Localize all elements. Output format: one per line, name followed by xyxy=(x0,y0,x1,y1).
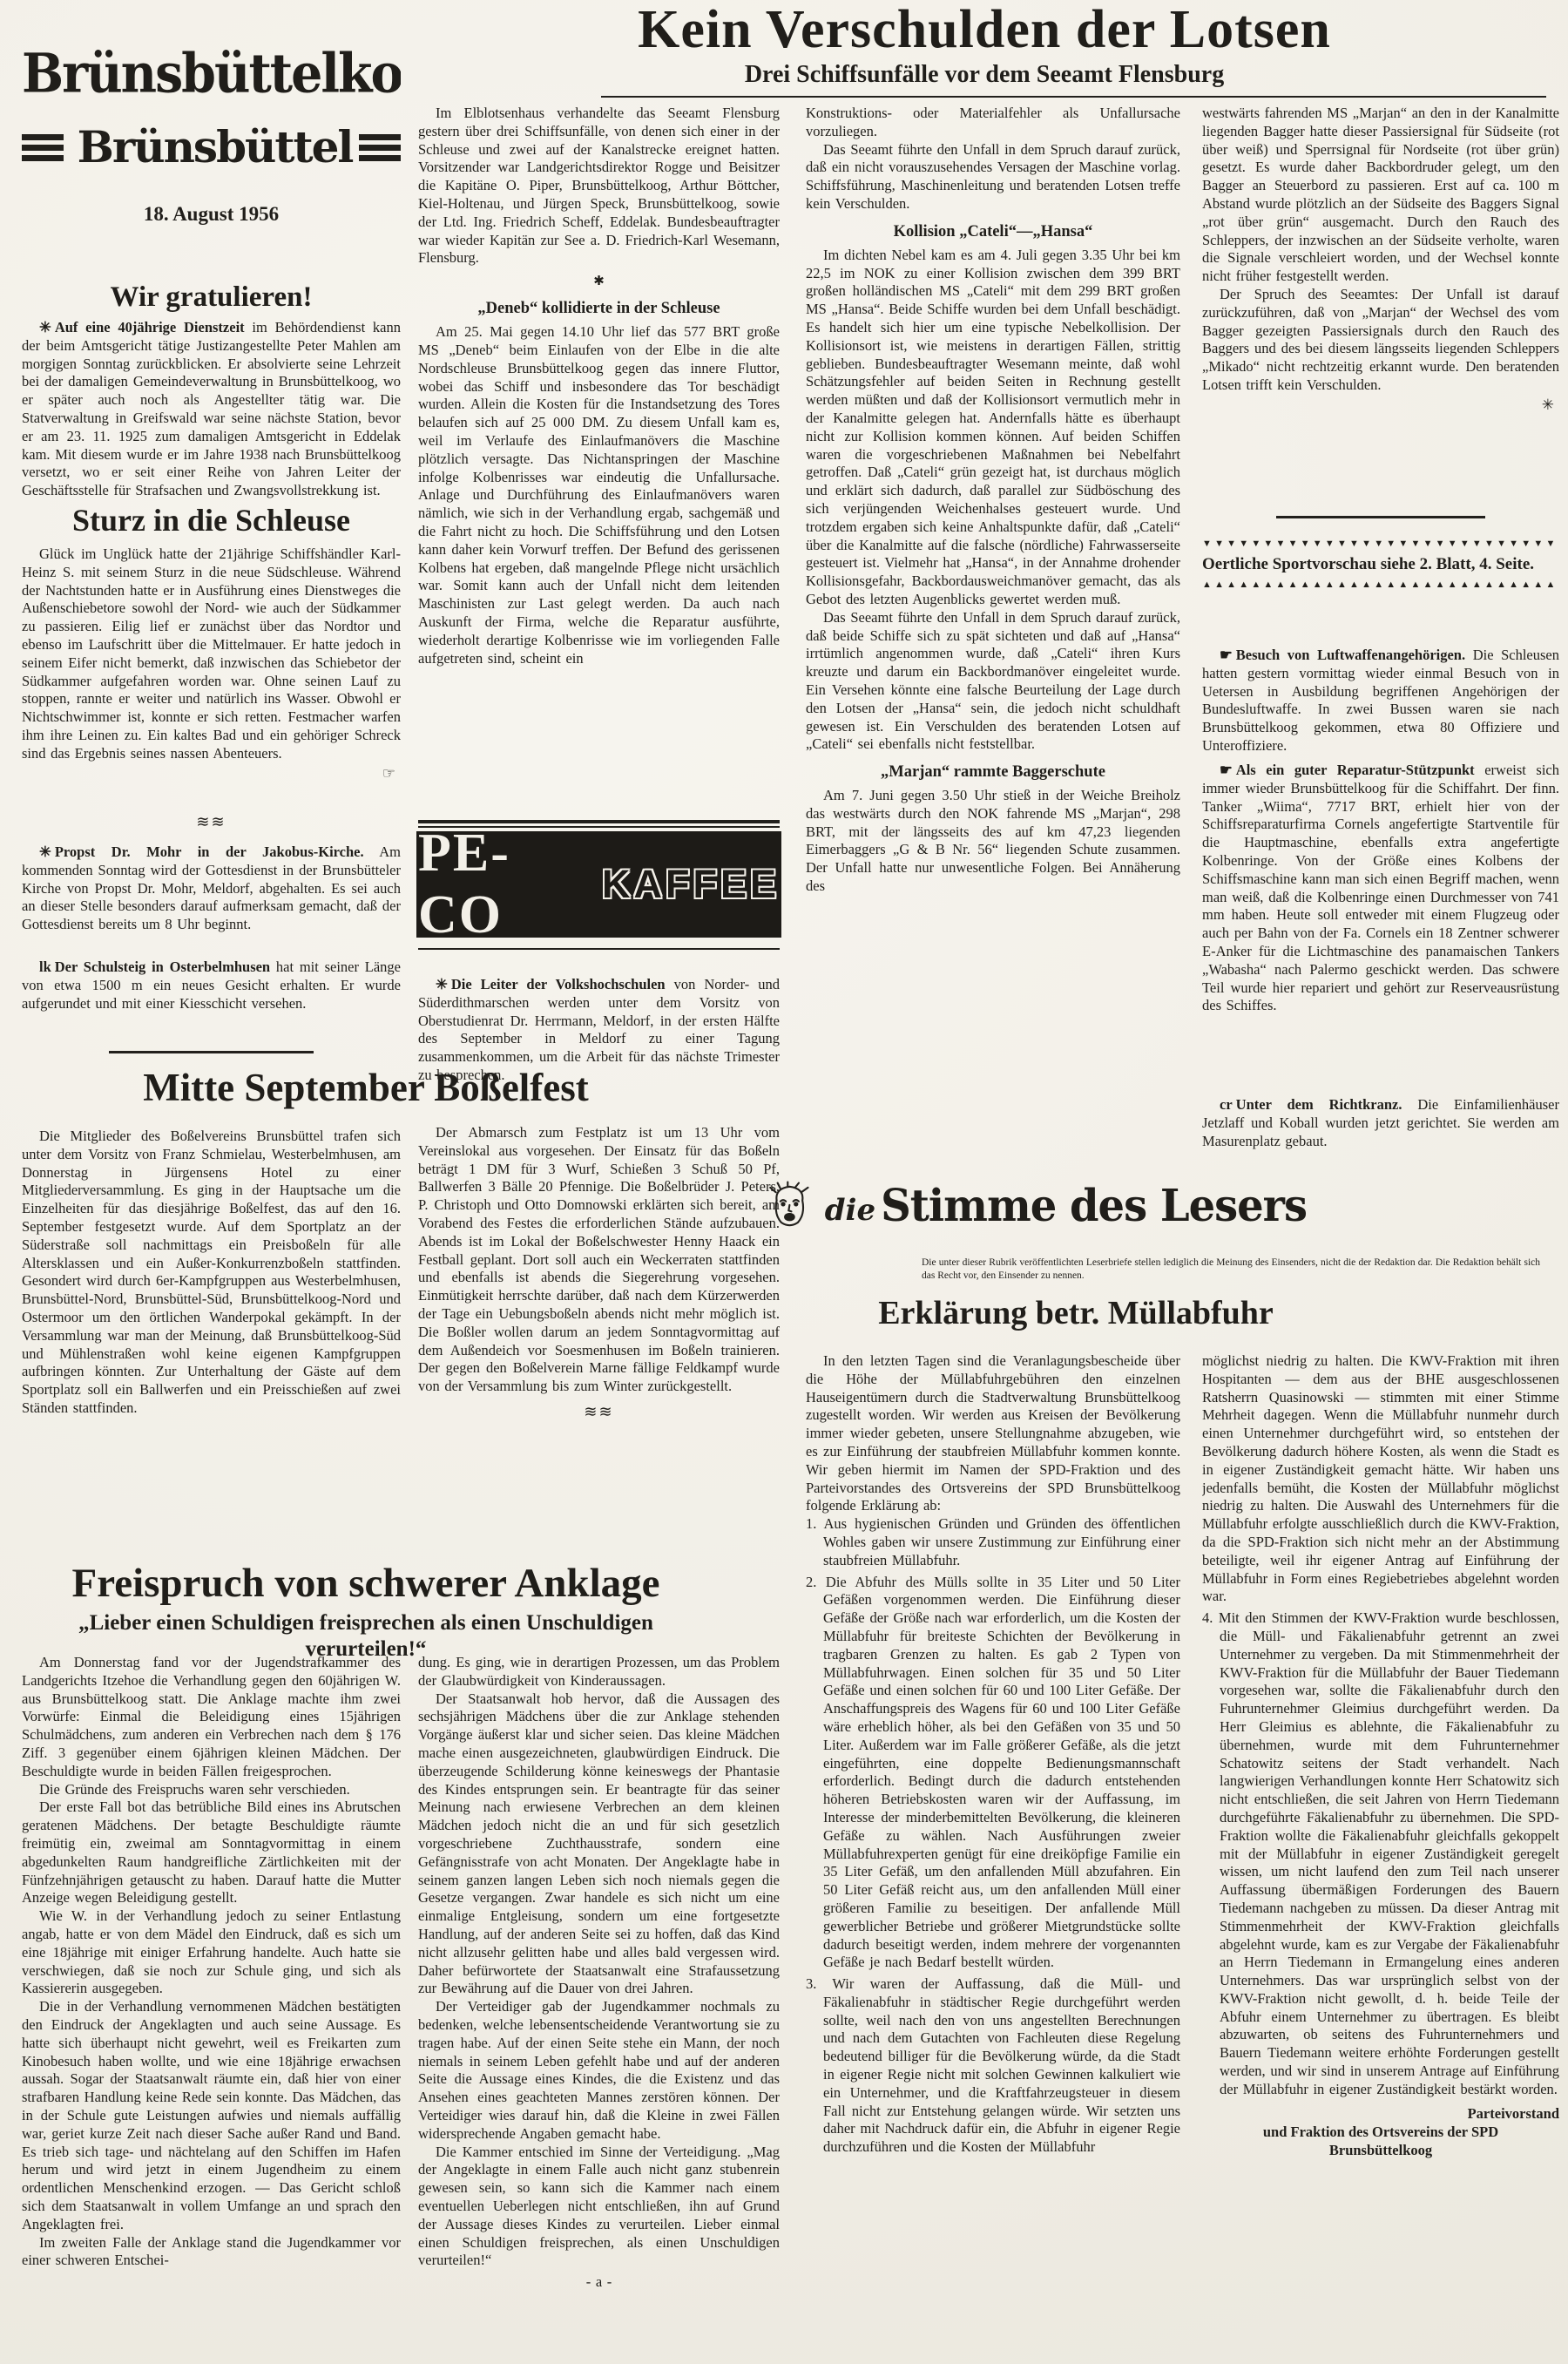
speed-stripes-right-icon xyxy=(359,134,401,161)
article-paragraph: westwärts fahrenden MS „Marjan“ an den i… xyxy=(1202,105,1559,286)
article-paragraph: Am 25. Mai gegen 14.10 Uhr lief das 577 … xyxy=(418,323,780,667)
note-lead: Unter dem Richtkranz. xyxy=(1236,1096,1402,1113)
article-paragraph: Glück im Unglück hatte der 21jährige Sch… xyxy=(22,545,401,763)
note-paragraph: ☛Als ein guter Reparatur-Stützpunkt erwe… xyxy=(1202,762,1559,1015)
article-paragraph: Wie W. in der Verhandlung jedoch zu sein… xyxy=(22,1907,401,1998)
bosselfest-column-1: Die Mitglieder des Boßelvereins Brunsbüt… xyxy=(22,1128,401,1521)
article-paragraph: Die in der Verhandlung vernommenen Mädch… xyxy=(22,1998,401,2233)
article-paragraph: ✳Auf eine 40jährige Dienstzeit im Behörd… xyxy=(22,319,401,500)
section-divider-rule xyxy=(109,1051,314,1053)
bosselfest-headline-block: Mitte September Boßelfest xyxy=(22,1065,710,1110)
article-paragraph: Im dichten Nebel kam es am 4. Juli gegen… xyxy=(806,247,1180,609)
article-paragraph: Im Elblotsenhaus verhandelte das Seeamt … xyxy=(418,105,780,268)
article-paragraph: Der Spruch des Seeamtes: Der Unfall ist … xyxy=(1202,286,1559,395)
masthead: Brünsbüttelkoog Brünsbüttel xyxy=(22,48,401,283)
triangle-border-bottom-icon: ▲▲▲▲▲▲▲▲▲▲▲▲▲▲▲▲▲▲▲▲▲▲▲▲▲▲▲▲▲▲▲▲▲▲▲▲▲▲▲▲ xyxy=(1202,579,1559,591)
deneb-subhead: „Deneb“ kollidierte in der Schleuse xyxy=(418,299,780,318)
article-paragraph: Der erste Fall bot das betrübliche Bild … xyxy=(22,1798,401,1907)
star-ornament-icon: ✳ xyxy=(39,843,55,860)
stimme-heading: dieStimme des Lesers xyxy=(825,1182,1307,1230)
article-sturz-in-die-schleuse: Sturz in die Schleuse Glück im Unglück h… xyxy=(22,502,401,843)
masthead-title-line1: Brünsbüttelkoog xyxy=(22,48,401,102)
note-paragraph: ☛Besuch von Luftwaffenangehörigen. Die S… xyxy=(1202,647,1559,755)
article-paragraph: Konstruktions- oder Materialfehler als U… xyxy=(806,105,1180,141)
article-title: Wir gratulieren! xyxy=(22,281,401,314)
note-luftwaffe-besuch: ☛Besuch von Luftwaffenangehörigen. Die S… xyxy=(1202,647,1559,758)
numbered-item: 2. Die Abfuhr des Mülls sollte in 35 Lit… xyxy=(806,1574,1180,1973)
star-ornament-icon: ✳ xyxy=(436,976,451,992)
note-reparatur-stuetzpunkt: ☛Als ein guter Reparatur-Stützpunkt erwe… xyxy=(1202,762,1559,1091)
sport-notice-box: ▼▼▼▼▼▼▼▼▼▼▼▼▼▼▼▼▼▼▼▼▼▼▼▼▼▼▼▼▼▼▼▼▼▼▼▼▼▼▼▼… xyxy=(1202,539,1559,634)
freispruch-column-2: dung. Es ging, wie in derartigen Prozess… xyxy=(418,1654,780,2364)
ad-bottom-rule xyxy=(418,948,780,950)
erklaerung-column-1: In den letzten Tagen sind die Veranlagun… xyxy=(806,1352,1180,2364)
ad-brand: PE-CO xyxy=(418,833,583,936)
speed-stripes-left-icon xyxy=(22,134,64,161)
erklaerung-column-2: möglichst niedrig zu halten. Die KWV-Fra… xyxy=(1202,1352,1559,2364)
paragraph-lead: Auf eine 40jährige Dienstzeit xyxy=(55,319,245,335)
note-text: erweist sich immer wieder Brunsbüttelkoo… xyxy=(1202,762,1559,1013)
section-divider-rule xyxy=(1276,516,1485,518)
stimme-disclaimer: Die unter dieser Rubrik veröffentlichten… xyxy=(922,1257,1540,1284)
article-paragraph: Der Verteidiger gab der Jugendkammer noc… xyxy=(418,1998,780,2143)
star-divider-icon: ✱ xyxy=(418,273,780,290)
note-lead: Besuch von Luftwaffenangehörigen. xyxy=(1236,647,1465,663)
stimme-heading-die: die xyxy=(825,1193,881,1228)
note-paragraph: lkDer Schulsteig in Osterbelmhusen hat m… xyxy=(22,958,401,1013)
article-paragraph: Am Donnerstag fand vor der Jugendstrafka… xyxy=(22,1654,401,1781)
main-headline: Kein Verschulden der Lotsen xyxy=(422,2,1546,58)
article-title: Sturz in die Schleuse xyxy=(22,502,401,539)
paragraph-text: im Behördendienst kann der beim Amtsgeri… xyxy=(22,319,401,498)
article-paragraph: Die Mitglieder des Boßelvereins Brunsbüt… xyxy=(22,1128,401,1418)
headline-rule xyxy=(601,96,1546,98)
numbered-item: 1. Aus hygienischen Gründen und Gründen … xyxy=(806,1515,1180,1569)
stimme-des-lesers-header: dieStimme des Lesers xyxy=(767,1161,1307,1251)
cateli-subhead: Kollision „Cateli“—„Hansa“ xyxy=(806,222,1180,241)
note-paragraph: crUnter dem Richtkranz. Die Einfamilienh… xyxy=(1202,1096,1559,1150)
article-paragraph: Der Staatsanwalt hob hervor, daß die Aus… xyxy=(418,1690,780,1999)
signature-line: Brunsbüttelkoog xyxy=(1202,2141,1559,2159)
newspaper-page: Brünsbüttelkoog Brünsbüttel xyxy=(0,0,1568,2364)
main-subheadline: Drei Schiffsunfälle vor dem Seeamt Flens… xyxy=(422,61,1546,89)
signature-line: und Fraktion des Ortsvereins der SPD xyxy=(1202,2123,1559,2141)
marjan-subhead: „Marjan“ rammte Baggerschute xyxy=(806,762,1180,782)
article-paragraph: Im zweiten Falle der Anklage stand die J… xyxy=(22,2234,401,2271)
article-paragraph: Das Seeamt führte den Unfall in dem Spru… xyxy=(806,141,1180,213)
author-signature: - a - xyxy=(418,2273,780,2292)
bosselfest-column-2: Der Abmarsch zum Festplatz ist um 13 Uhr… xyxy=(418,1124,780,1534)
ad-product: KAFFEE xyxy=(602,862,780,907)
pointing-hand-icon: ☛ xyxy=(1220,647,1236,663)
article-paragraph: Die Gründe des Freispruchs waren sehr ve… xyxy=(22,1781,401,1799)
note-prefix: lk xyxy=(39,958,55,975)
peco-kaffee-ad: PE-CO KAFFEE xyxy=(418,833,780,936)
article-paragraph: Die Kammer entschied im Sinne der Vertei… xyxy=(418,2144,780,2271)
reader-face-icon xyxy=(767,1164,813,1248)
signature-line: Parteivorstand xyxy=(1202,2104,1559,2123)
wavy-divider-icon: ≋≋ xyxy=(22,813,401,831)
star-ornament-icon: ✳ xyxy=(39,319,55,335)
article-paragraph: möglichst niedrig zu halten. Die KWV-Fra… xyxy=(1202,1352,1559,1606)
note-prefix: cr xyxy=(1220,1096,1236,1113)
masthead-row: Brünsbüttel xyxy=(22,104,401,191)
numbered-item: 4. Mit den Stimmen der KWV-Fraktion wurd… xyxy=(1202,1609,1559,2099)
article-paragraph: Der Abmarsch zum Festplatz ist um 13 Uhr… xyxy=(418,1124,780,1396)
erklaerung-headline: Erklärung betr. Müllabfuhr xyxy=(806,1293,1346,1333)
note-lead: Propst Dr. Mohr in der Jakobus-Kirche. xyxy=(55,843,364,860)
pointing-hand-icon: ☛ xyxy=(1220,762,1236,778)
article-paragraph: dung. Es ging, wie in derartigen Prozess… xyxy=(418,1654,780,1690)
freispruch-headline-block: Freispruch von schwerer Anklage „Lieber … xyxy=(22,1560,710,1663)
note-paragraph: ✳Propst Dr. Mohr in der Jakobus-Kirche. … xyxy=(22,843,401,934)
triangle-border-top-icon: ▼▼▼▼▼▼▼▼▼▼▼▼▼▼▼▼▼▼▼▼▼▼▼▼▼▼▼▼▼▼▼▼▼▼▼▼▼▼▼▼ xyxy=(1202,539,1559,550)
lotsen-article-column-3: westwärts fahrenden MS „Marjan“ an den i… xyxy=(1202,105,1559,498)
note-lead: Als ein guter Reparatur-Stützpunkt xyxy=(1236,762,1475,778)
stimme-heading-main: Stimme des Lesers xyxy=(881,1181,1307,1232)
erklaerung-headline-block: Erklärung betr. Müllabfuhr xyxy=(806,1293,1346,1333)
main-headline-block: Kein Verschulden der Lotsen Drei Schiffs… xyxy=(422,2,1546,98)
note-schulsteig: lkDer Schulsteig in Osterbelmhusen hat m… xyxy=(22,958,401,1039)
masthead-title-line2: Brünsbüttel xyxy=(78,125,353,170)
star-end-icon: ✳ xyxy=(1202,396,1554,414)
freispruch-column-1: Am Donnerstag fand vor der Jugendstrafka… xyxy=(22,1654,401,2364)
issue-date: 18. August 1956 xyxy=(22,203,401,226)
lotsen-article-column-2: Konstruktions- oder Materialfehler als U… xyxy=(806,105,1180,1085)
note-lead: Die Leiter der Volkshochschulen xyxy=(451,976,666,992)
bosselfest-headline: Mitte September Boßelfest xyxy=(22,1065,710,1110)
article-paragraph: Das Seeamt führte den Unfall in dem Spru… xyxy=(806,609,1180,754)
flourish-end-icon: ☞ xyxy=(22,765,395,782)
article-paragraph: In den letzten Tagen sind die Veranlagun… xyxy=(806,1352,1180,1515)
lotsen-article-column-1: Im Elblotsenhaus verhandelte das Seeamt … xyxy=(418,105,780,815)
sport-notice-text: Oertliche Sportvorschau siehe 2. Blatt, … xyxy=(1202,554,1559,575)
article-paragraph: Am 7. Juni gegen 3.50 Uhr stieß in der W… xyxy=(806,787,1180,896)
wavy-end-icon: ≋≋ xyxy=(418,1403,780,1421)
note-lead: Der Schulsteig in Osterbelmhusen xyxy=(55,958,270,975)
numbered-item: 3. Wir waren der Auffassung, daß die Mül… xyxy=(806,1975,1180,2157)
freispruch-headline: Freispruch von schwerer Anklage xyxy=(22,1560,710,1607)
note-propst-mohr: ✳Propst Dr. Mohr in der Jakobus-Kirche. … xyxy=(22,843,401,955)
freispruch-column-2-paragraphs: Der Staatsanwalt hob hervor, daß die Aus… xyxy=(418,1690,780,2271)
erklaerung-items: 1. Aus hygienischen Gründen und Gründen … xyxy=(806,1515,1180,2157)
ad-top-rule xyxy=(418,820,780,828)
article-wir-gratulieren: Wir gratulieren! ✳Auf eine 40jährige Die… xyxy=(22,281,401,500)
note-richtkranz: crUnter dem Richtkranz. Die Einfamilienh… xyxy=(1202,1096,1559,1154)
